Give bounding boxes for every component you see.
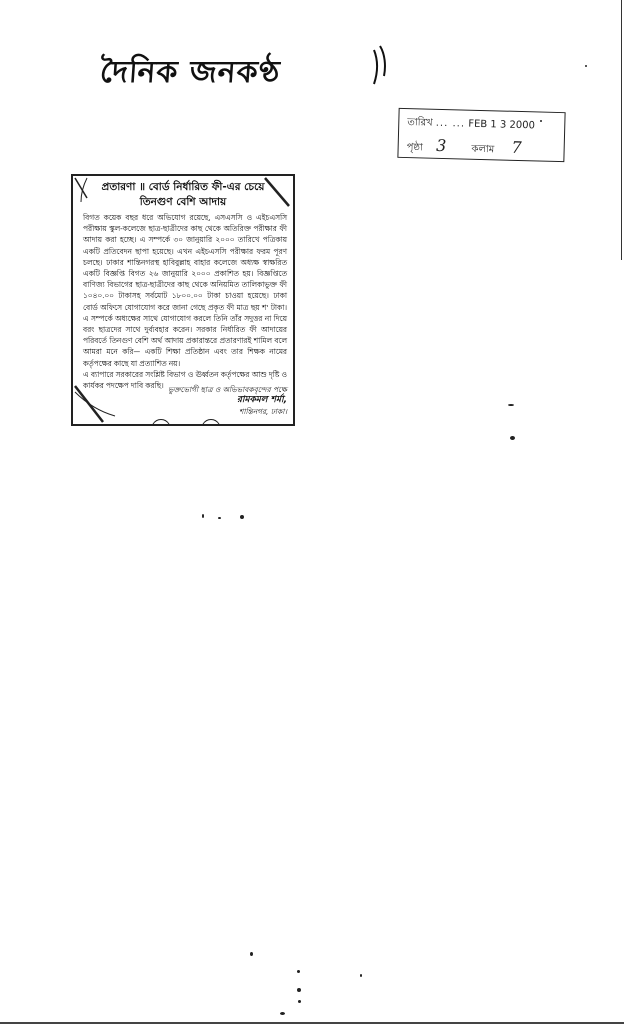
newspaper-clipping: প্রতারণা ॥ বোর্ড নির্ধারিত ফী-এর চেয়ে ত… <box>71 174 295 426</box>
stamp-column-label: কলাম <box>471 144 494 156</box>
page-right-edge <box>621 0 623 260</box>
scan-speck <box>510 436 515 440</box>
headline-line-2: তিনগুণ বেশি আদায় <box>73 195 293 210</box>
stamp-date-label: তারিখ <box>407 117 433 129</box>
scan-speck <box>508 404 514 406</box>
stamp-page-label: পৃষ্ঠা <box>407 142 423 153</box>
scan-speck <box>360 974 362 977</box>
clipping-signoff: ভুক্তভোগী ছাত্র ও অভিভাবকবৃন্দের পক্ষে র… <box>168 384 287 417</box>
newspaper-masthead: দৈনিক জনকণ্ঠ <box>98 48 282 99</box>
clipping-paragraph: বিগত কয়েক বছর ধরে অভিযোগ রয়েছে, এসএসসি… <box>83 212 287 369</box>
stamp-date-value: FEB 1 3 2000 <box>468 119 535 132</box>
clipping-bottom-edge <box>71 424 295 426</box>
stamp-column-value: 7 <box>511 138 522 157</box>
stamp-page-value: 3 <box>436 136 447 155</box>
clipping-body: বিগত কয়েক বছর ধরে অভিযোগ রয়েছে, এসএসসি… <box>83 212 287 391</box>
signoff-location: শান্তিনগর, ঢাকা। <box>168 406 287 417</box>
signoff-on-behalf: ভুক্তভোগী ছাত্র ও অভিভাবকবৃন্দের পক্ষে <box>168 384 287 395</box>
signoff-name: রামকমল শর্মা, <box>168 395 287 406</box>
scan-speck <box>297 988 301 992</box>
scan-speck <box>540 120 542 122</box>
stamp-date-row: তারিখ ... ... FEB 1 3 2000 <box>407 115 535 135</box>
scan-speck <box>585 65 587 67</box>
scan-speck <box>250 952 253 956</box>
scan-speck <box>297 970 300 973</box>
stamp-ellipsis: ... ... <box>436 118 466 130</box>
scan-speck <box>280 1012 285 1015</box>
scan-speck <box>218 517 221 519</box>
archive-date-stamp: তারিখ ... ... FEB 1 3 2000 পৃষ্ঠা 3 কলাম… <box>397 108 565 162</box>
pen-mark-icon <box>368 44 392 88</box>
stamp-page-row: পৃষ্ঠা 3 কলাম 7 <box>406 135 522 160</box>
clipping-headline: প্রতারণা ॥ বোর্ড নির্ধারিত ফী-এর চেয়ে ত… <box>73 180 293 210</box>
headline-line-1: প্রতারণা ॥ বোর্ড নির্ধারিত ফী-এর চেয়ে <box>73 180 293 195</box>
scan-speck <box>298 1000 301 1003</box>
scan-speck <box>202 514 204 518</box>
scan-speck <box>240 515 244 519</box>
